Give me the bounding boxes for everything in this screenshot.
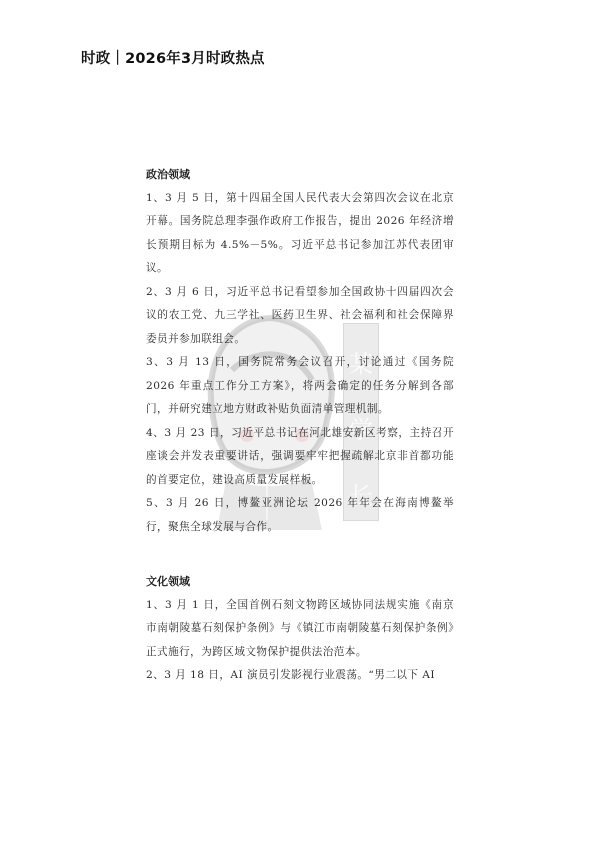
- page-title: 时政｜2026年3月时政热点: [81, 47, 265, 68]
- list-item: 1、3 月 1 日，全国首例石刻文物跨区域协同法规实施《南京市南朝陵墓石刻保护条…: [146, 594, 454, 665]
- section-heading: 政治领域: [146, 163, 454, 187]
- section-culture: 文化领域 1、3 月 1 日，全国首例石刻文物跨区域协同法规实施《南京市南朝陵墓…: [146, 570, 454, 688]
- list-item: 5、3 月 26 日，博鳌亚洲论坛 2026 年年会在海南博鳌举行，聚焦全球发展…: [146, 492, 454, 539]
- document-body: 政治领域 1、3 月 5 日，第十四届全国人民代表大会第四次会议在北京开幕。国务…: [146, 163, 454, 688]
- list-item: 2、3 月 18 日，AI 演员引发影视行业震荡。“男二以下 AI: [146, 664, 454, 688]
- section-heading: 文化领域: [146, 570, 454, 594]
- list-item: 3、3 月 13 日，国务院常务会议召开，讨论通过《国务院 2026 年重点工作…: [146, 351, 454, 422]
- list-item: 4、3 月 23 日，习近平总书记在河北雄安新区考察，主持召开座谈会并发表重要讲…: [146, 422, 454, 493]
- list-item: 2、3 月 6 日，习近平总书记看望参加全国政协十四届四次会议的农工党、九三学社…: [146, 281, 454, 352]
- section-politics: 政治领域 1、3 月 5 日，第十四届全国人民代表大会第四次会议在北京开幕。国务…: [146, 163, 454, 539]
- section-spacer: [146, 539, 454, 570]
- list-item: 1、3 月 5 日，第十四届全国人民代表大会第四次会议在北京开幕。国务院总理李强…: [146, 187, 454, 281]
